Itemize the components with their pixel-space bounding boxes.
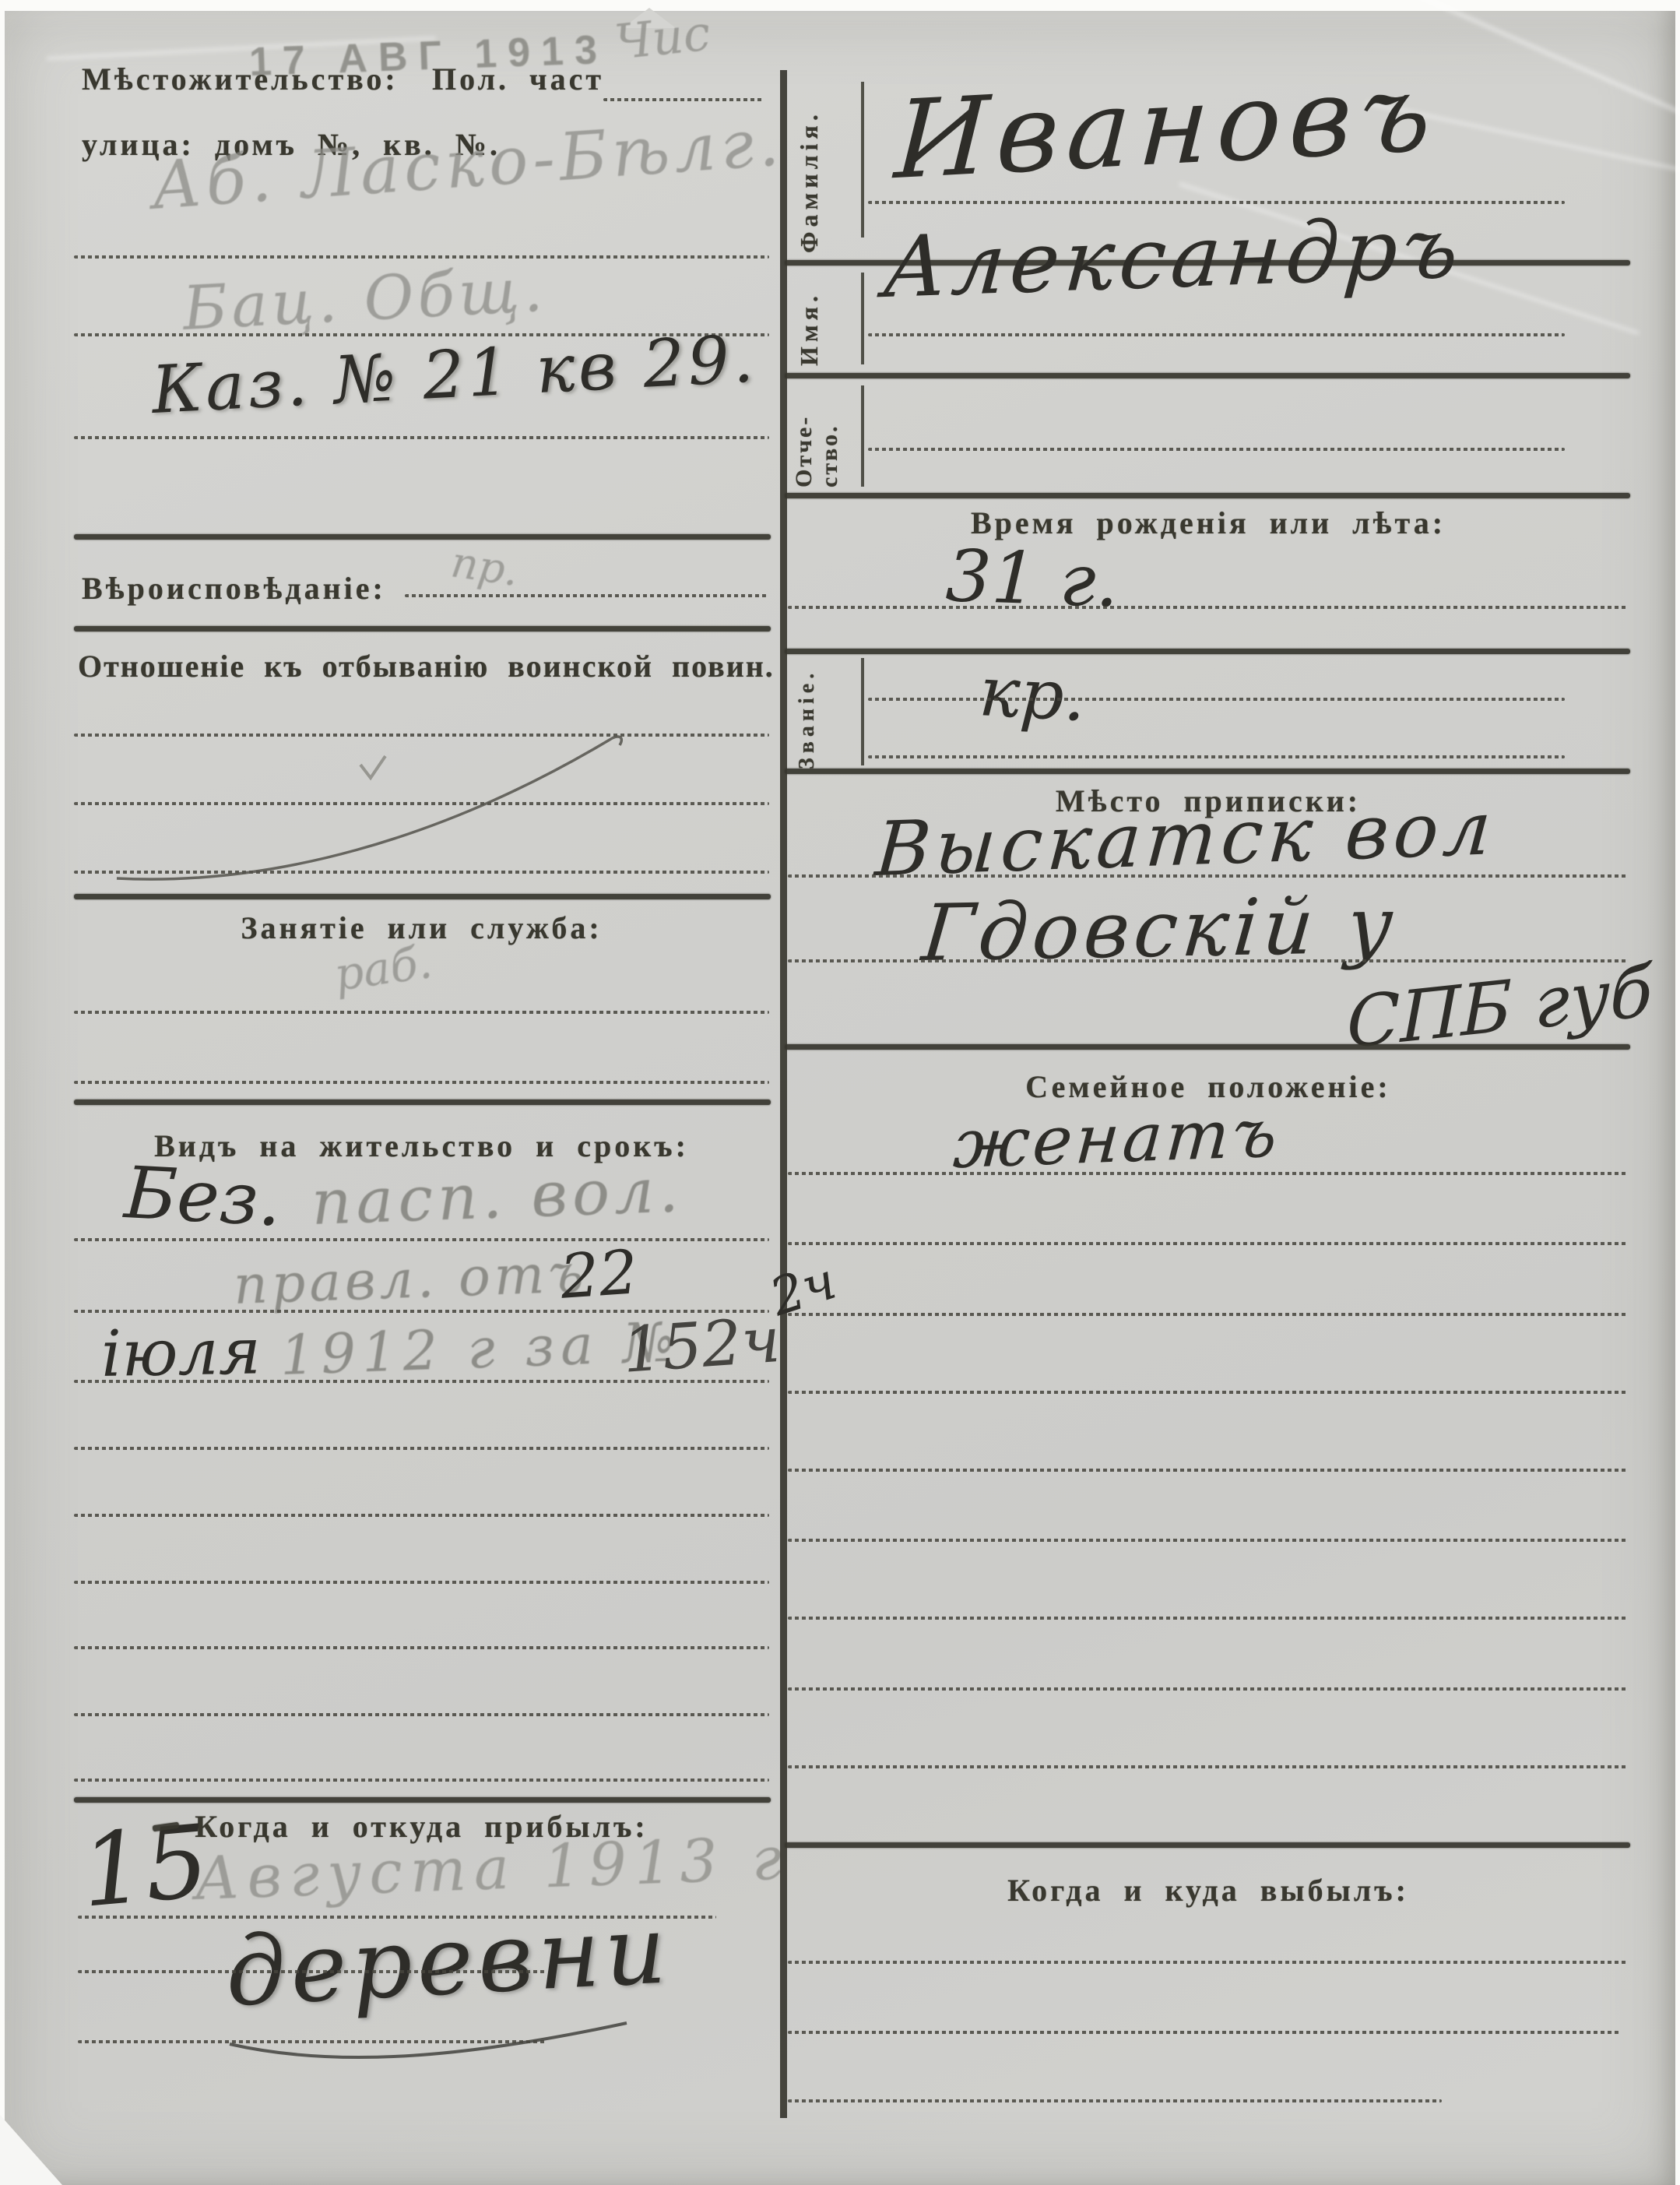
dotted-line — [868, 698, 1565, 701]
dotted-line — [74, 1380, 769, 1383]
flourish-stroke — [218, 2009, 654, 2079]
permit-entry-line2-number: 22 — [558, 1237, 640, 1313]
dotted-line — [74, 1238, 769, 1241]
dotted-line — [788, 2099, 1442, 2102]
separator-line — [785, 1044, 1630, 1050]
separator-line — [74, 1100, 771, 1105]
label-strip-line — [861, 82, 864, 237]
dotted-line — [788, 2031, 1619, 2034]
birth-entry: 31 г. — [944, 534, 1120, 624]
dotted-line — [74, 436, 769, 439]
dotted-line — [74, 1779, 769, 1782]
name-entry: Александръ — [880, 199, 1467, 317]
ink-swoosh-stroke — [74, 716, 775, 903]
dotted-line — [788, 1961, 1629, 1964]
separator-line — [785, 373, 1630, 378]
patronymic-label: Отче- ство. — [791, 388, 842, 487]
religion-label: Вѣроисповѣданіе: — [82, 570, 386, 607]
rank-label: Званіе. — [796, 660, 820, 769]
separator-line — [74, 626, 771, 632]
dotted-line — [868, 755, 1565, 758]
dotted-line — [868, 333, 1565, 336]
arrived-from-entry: деревни — [223, 1894, 673, 2028]
dotted-line — [78, 1970, 545, 1973]
surname-label: Фамилія. — [796, 86, 823, 253]
registration-entry-line2: Гдовскій у — [919, 879, 1401, 979]
birth-label: Время рожденія или лѣта: — [788, 505, 1629, 541]
separator-line — [74, 894, 771, 899]
dotted-line — [788, 606, 1629, 609]
military-duty-label: Отношеніе къ отбыванію воинской повин. — [78, 648, 775, 684]
permit-entry-line1-pencil: пасп. вол. — [310, 1153, 684, 1239]
registration-card-scan: 17 АВГ 1913 Чис Мѣстожительство: Пол. ча… — [0, 0, 1680, 2185]
separator-line — [785, 649, 1630, 654]
dotted-line — [74, 1011, 769, 1014]
dotted-line — [788, 1687, 1629, 1691]
dotted-line — [868, 448, 1565, 451]
name-label: Имя. — [796, 274, 823, 366]
separator-line — [74, 534, 771, 540]
dotted-line — [788, 959, 1629, 962]
dotted-line — [788, 1539, 1629, 1542]
religion-entry: пр. — [448, 537, 522, 595]
dotted-line — [788, 1242, 1629, 1245]
dotted-line — [74, 1447, 769, 1450]
permit-entry-line2-pencil: правл. отъ — [233, 1243, 589, 1317]
dotted-line — [74, 1514, 769, 1517]
dotted-line — [788, 1469, 1629, 1472]
arrived-day-entry: 15 — [77, 1803, 213, 1930]
residence-suffix-label: Пол. част — [432, 61, 604, 97]
dotted-line — [788, 1313, 1629, 1316]
dotted-line — [74, 1713, 769, 1716]
dotted-line — [788, 1172, 1629, 1175]
dotted-line — [74, 1646, 769, 1649]
separator-line — [785, 493, 1630, 498]
permit-entry-line3-number: 152ч — [620, 1304, 782, 1387]
departed-label: Когда и куда выбылъ: — [788, 1872, 1629, 1909]
rank-entry: кр. — [977, 651, 1088, 737]
dotted-line — [788, 1617, 1629, 1620]
label-strip-line — [861, 273, 864, 364]
family-status-entry: женатъ — [951, 1094, 1282, 1184]
dotted-line — [788, 1765, 1629, 1768]
dotted-line — [74, 1081, 769, 1084]
dotted-line — [788, 1391, 1629, 1394]
dotted-line — [788, 874, 1629, 878]
dotted-line — [74, 1581, 769, 1584]
label-strip-line — [861, 385, 864, 487]
dotted-line — [405, 594, 767, 597]
dotted-line — [78, 2040, 545, 2043]
corner-handwriting: Чис — [612, 4, 713, 70]
separator-line — [785, 1842, 1630, 1848]
residence-label: Мѣстожительство: — [82, 61, 399, 97]
dotted-line — [74, 255, 769, 259]
dotted-line — [603, 98, 763, 101]
permit-entry-line1-ink: Без. — [122, 1151, 283, 1242]
separator-line — [785, 769, 1630, 774]
separator-line — [74, 1797, 771, 1803]
label-strip-line — [861, 658, 864, 765]
